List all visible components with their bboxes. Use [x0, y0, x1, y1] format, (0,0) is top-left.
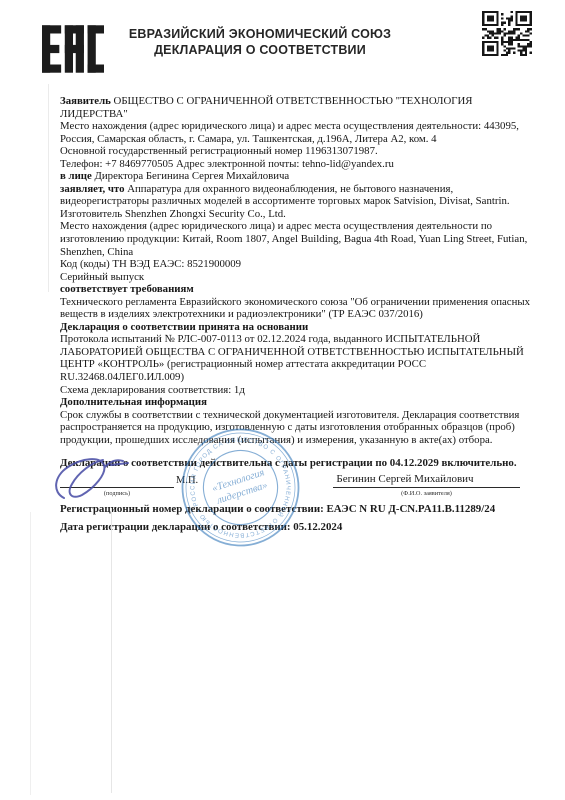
title-line-2: ДЕКЛАРАЦИЯ О СООТВЕТСТВИИ [105, 43, 415, 59]
doc-line: Технического регламента Евразийского эко… [60, 296, 538, 309]
doc-line: видеорегистраторы различных моделей в ас… [60, 195, 538, 208]
doc-line: Место нахождения (адрес юридического лиц… [60, 120, 538, 133]
signature-scribble [48, 452, 188, 507]
title-line-1: ЕВРАЗИЙСКИЙ ЭКОНОМИЧЕСКИЙ СОЮЗ [105, 27, 415, 43]
scan-fold-line [111, 508, 112, 793]
company-stamp-seal: ОБЩЕСТВО С ОГРАНИЧЕННОЙ ОТВЕТСТВЕННОСТЬЮ… [176, 423, 305, 552]
doc-line: Телефон: +7 8469770505 Адрес электронной… [60, 158, 538, 171]
doc-line: Код (коды) ТН ВЭД ЕАЭС: 8521900009 [60, 258, 538, 271]
doc-line: Место нахождения (адрес юридического лиц… [60, 220, 538, 233]
document-title: ЕВРАЗИЙСКИЙ ЭКОНОМИЧЕСКИЙ СОЮЗ ДЕКЛАРАЦИ… [105, 27, 415, 58]
scan-edge-line [30, 512, 31, 795]
doc-line: ЛАБОРАТОРИЕЙ ОБЩЕСТВА С ОГРАНИЧЕННОЙ ОТВ… [60, 346, 538, 359]
eac-mark-icon [42, 24, 104, 74]
doc-line: Основной государственный регистрационный… [60, 145, 538, 158]
doc-line: заявляет, что Аппаратура для охранного в… [60, 183, 538, 196]
document-body: Заявитель ОБЩЕСТВО С ОГРАНИЧЕННОЙ ОТВЕТС… [60, 95, 538, 446]
doc-line: Серийный выпуск [60, 271, 538, 284]
doc-line: Срок службы в соответствии с технической… [60, 409, 538, 422]
doc-line: в лице Директора Бегинина Сергея Михайло… [60, 170, 538, 183]
doc-line: Shenzhen, China [60, 246, 538, 259]
scan-fold-line [48, 84, 49, 292]
doc-line: Заявитель ОБЩЕСТВО С ОГРАНИЧЕННОЙ ОТВЕТС… [60, 95, 538, 108]
doc-line: Декларация о соответствии принята на осн… [60, 321, 538, 334]
doc-line: Схема декларирования соответствия: 1д [60, 384, 538, 397]
doc-line: ЛИДЕРСТВА" [60, 108, 538, 121]
doc-line: Дополнительная информация [60, 396, 538, 409]
doc-line: RU.32468.04ЛЕГ0.ИЛ.009) [60, 371, 538, 384]
doc-line: ЦЕНТР «КОНТРОЛЬ» (регистрационный номер … [60, 358, 538, 371]
doc-line: изготовлению продукции: Китай, Room 1807… [60, 233, 538, 246]
qr-code-icon [482, 11, 532, 56]
signer-name-caption: (Ф.И.О. заявителя) [333, 490, 520, 497]
doc-line: Россия, Самарская область, г. Самара, ул… [60, 133, 538, 146]
declaration-page: ЕВРАЗИЙСКИЙ ЭКОНОМИЧЕСКИЙ СОЮЗ ДЕКЛАРАЦИ… [0, 0, 565, 800]
doc-line: Протокола испытаний № РЛС-007-0113 от 02… [60, 333, 538, 346]
doc-line: Изготовитель Shenzhen Zhongxi Security C… [60, 208, 538, 221]
doc-line: веществ в изделиях электротехники и ради… [60, 308, 538, 321]
signer-name-line [333, 487, 520, 488]
doc-line: соответствует требованиям [60, 283, 538, 296]
signer-name: Бегинин Сергей Михайлович [315, 473, 495, 485]
